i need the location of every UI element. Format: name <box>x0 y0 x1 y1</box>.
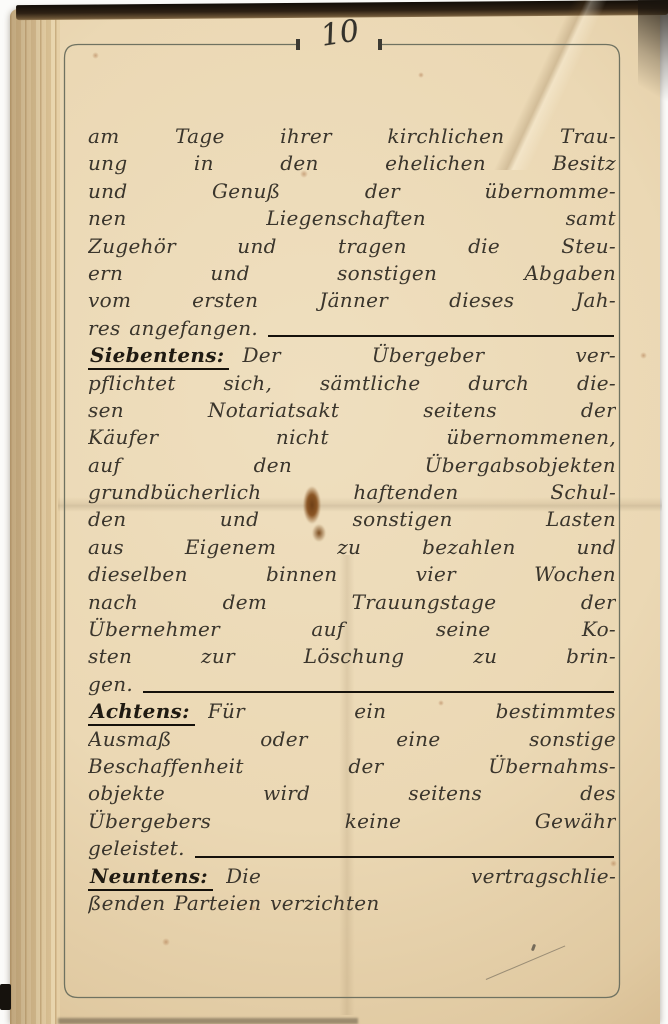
filler-rule <box>143 691 614 693</box>
handwritten-text: sen Notariatsakt seitens der <box>88 398 616 422</box>
foxing-spot <box>610 860 617 867</box>
handwritten-text: am Tage ihrer kirchlichen Trau- <box>88 124 616 148</box>
manuscript-line: ern und sonstigen Abgaben <box>88 261 616 288</box>
handwritten-text: und Genuß der übernomme- <box>88 179 616 203</box>
handwritten-text: ung in den ehelichen Besitz <box>88 151 616 175</box>
handwritten-text: auf den Übergabsobjekten <box>88 453 616 477</box>
filler-rule <box>195 856 614 858</box>
manuscript-line: grundbücherlich haftenden Schul- <box>88 480 616 507</box>
foxing-spot <box>92 52 99 59</box>
manuscript-line: ßenden Parteien verzichten <box>88 891 616 918</box>
handwritten-text: geleistet. <box>88 836 185 860</box>
bottom-page-edge-shadow <box>58 1018 358 1024</box>
manuscript-line: Beschaffenheit der Übernahms- <box>88 754 616 781</box>
section-heading: Neuntens: <box>88 864 213 891</box>
handwritten-text: pflichtet sich, sämtliche durch die- <box>88 371 616 395</box>
manuscript-line: geleistet. <box>88 836 616 863</box>
foxing-spot <box>438 700 444 706</box>
handwritten-text: Die vertragschlie- <box>226 864 616 888</box>
manuscript-line: auf den Übergabsobjekten <box>88 453 616 480</box>
section-heading: Achtens: <box>88 699 195 726</box>
section-heading: Siebentens: <box>88 343 229 370</box>
manuscript-line: sten zur Löschung zu brin- <box>88 644 616 671</box>
manuscript-line: objekte wird seitens des <box>88 781 616 808</box>
filler-rule <box>268 335 614 337</box>
manuscript-line: dieselben binnen vier Wochen <box>88 562 616 589</box>
manuscript-line: und Genuß der übernomme- <box>88 179 616 206</box>
handwritten-text: Beschaffenheit der Übernahms- <box>88 754 616 778</box>
text-block: am Tage ihrer kirchlichen Trau-ung in de… <box>88 124 616 918</box>
manuscript-line: am Tage ihrer kirchlichen Trau- <box>88 124 616 151</box>
handwritten-text: Käufer nicht übernommenen, <box>88 425 616 449</box>
manuscript-line: Übergebers keine Gewähr <box>88 809 616 836</box>
manuscript-line: Ausmaß oder eine sonstige <box>88 727 616 754</box>
handwritten-text: gen. <box>88 672 133 696</box>
ink-stain-small <box>312 524 326 542</box>
handwritten-text: nach dem Trauungstage der <box>88 590 616 614</box>
handwritten-text: objekte wird seitens des <box>88 781 616 805</box>
manuscript-line: vom ersten Jänner dieses Jah- <box>88 288 616 315</box>
handwritten-text: Der Übergeber ver- <box>242 343 616 367</box>
foxing-spot <box>300 170 308 178</box>
handwritten-text: Für ein bestimmtes <box>208 699 616 723</box>
manuscript-line: gen. <box>88 672 616 699</box>
handwritten-text: Ausmaß oder eine sonstige <box>88 727 616 751</box>
handwritten-text: vom ersten Jänner dieses Jah- <box>88 288 616 312</box>
handwritten-text: ßenden Parteien verzichten <box>88 891 380 915</box>
manuscript-line: nen Liegenschaften samt <box>88 206 616 233</box>
section-line: Achtens:Für ein bestimmtes <box>88 699 616 726</box>
section-line: Neuntens:Die vertragschlie- <box>88 864 616 891</box>
binding-mark <box>0 984 11 1010</box>
handwritten-text: Zugehör und tragen die Steu- <box>88 234 616 258</box>
handwritten-text: dieselben binnen vier Wochen <box>88 562 616 586</box>
manuscript-line: Zugehör und tragen die Steu- <box>88 234 616 261</box>
manuscript-line: ung in den ehelichen Besitz <box>88 151 616 178</box>
stacked-page-edges <box>10 9 60 1024</box>
handwritten-text: nen Liegenschaften samt <box>88 206 616 230</box>
handwritten-text: den und sonstigen Lasten <box>88 507 616 531</box>
manuscript-line: res angefangen. <box>88 316 616 343</box>
handwritten-text: ern und sonstigen Abgaben <box>88 261 616 285</box>
manuscript-line: nach dem Trauungstage der <box>88 590 616 617</box>
foxing-spot <box>250 905 256 911</box>
manuscript-line: aus Eigenem zu bezahlen und <box>88 535 616 562</box>
foxing-spot <box>418 72 424 78</box>
manuscript-line: sen Notariatsakt seitens der <box>88 398 616 425</box>
handwritten-text: sten zur Löschung zu brin- <box>88 644 616 668</box>
handwritten-text: res angefangen. <box>88 316 258 340</box>
handwritten-text: Übergebers keine Gewähr <box>88 809 616 833</box>
manuscript-line: Käufer nicht übernommenen, <box>88 425 616 452</box>
section-line: Siebentens:Der Übergeber ver- <box>88 343 616 370</box>
handwritten-text: grundbücherlich haftenden Schul- <box>88 480 616 504</box>
handwritten-text: aus Eigenem zu bezahlen und <box>88 535 616 559</box>
manuscript-line: den und sonstigen Lasten <box>88 507 616 534</box>
manuscript-line: pflichtet sich, sämtliche durch die- <box>88 371 616 398</box>
handwritten-text: Übernehmer auf seine Ko- <box>88 617 616 641</box>
foxing-spot <box>640 352 647 359</box>
ink-stain <box>303 486 321 524</box>
foxing-spot <box>162 938 170 946</box>
manuscript-line: Übernehmer auf seine Ko- <box>88 617 616 644</box>
